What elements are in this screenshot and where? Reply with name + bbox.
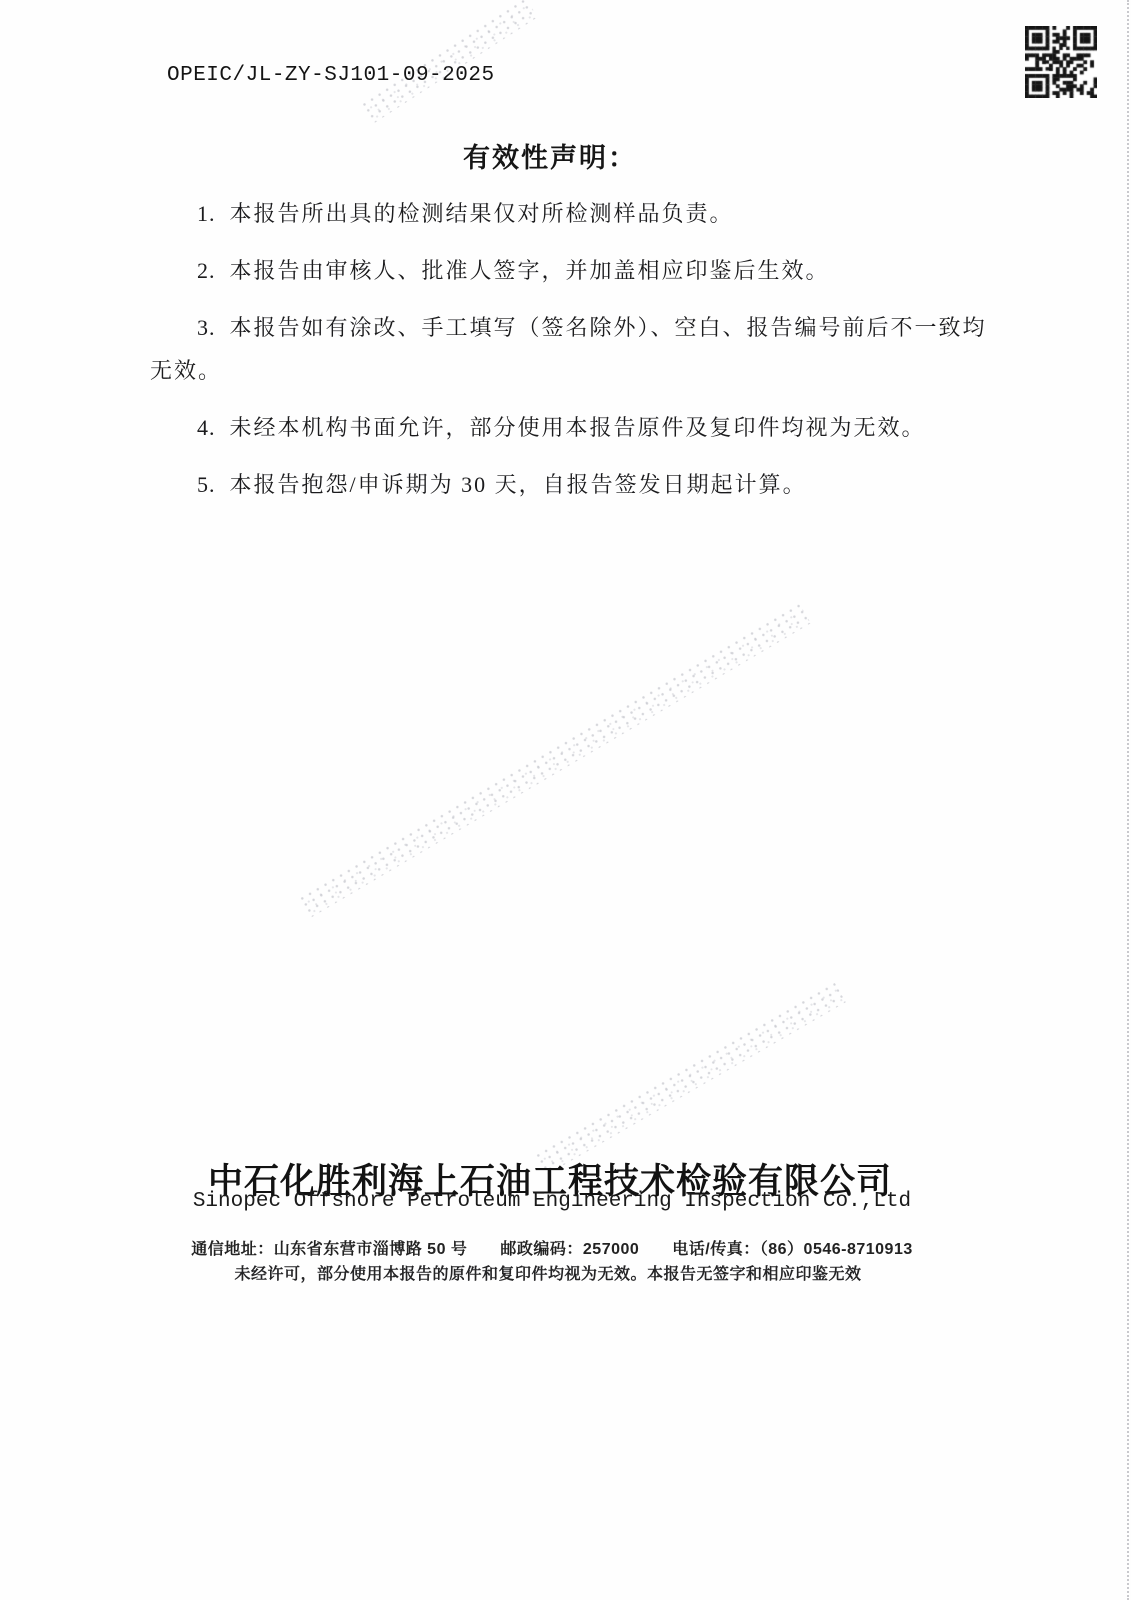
watermark-artifact [299,602,811,917]
watermark-artifact [361,0,538,123]
scan-edge-artifact [1127,0,1129,1600]
item-number: 3. [197,315,216,340]
company-name-en: Sinopec Offshore Petroleum Engineering I… [0,1190,1104,1213]
statement-item-3: 3.本报告如有涂改、手工填写（签名除外）、空白、报告编号前后不一致均 无效。 [150,313,993,386]
report-validity-page: OPEIC/JL-ZY-SJ101-09-2025 有效性声明： 1.本报告所出… [0,0,1131,1600]
item-text: 本报告如有涂改、手工填写（签名除外）、空白、报告编号前后不一致均 [230,315,987,340]
validity-notice-line: 未经许可，部分使用本报告的原件和复印件均视为无效。本报告无签字和相应印鉴无效 [0,1261,1096,1284]
item-text-wrap: 无效。 [150,356,993,386]
watermark-artifact [535,981,846,1174]
item-text: 本报告所出具的检测结果仅对所检测样品负责。 [230,201,734,226]
item-number: 4. [197,415,216,440]
item-number: 5. [197,472,216,497]
item-text: 本报告由审核人、批准人签字，并加盖相应印鉴后生效。 [230,258,830,283]
statement-item-2: 2.本报告由审核人、批准人签字，并加盖相应印鉴后生效。 [150,256,993,286]
statement-item-5: 5.本报告抱怨/申诉期为 30 天，自报告签发日期起计算。 [150,470,993,500]
item-text: 本报告抱怨/申诉期为 30 天，自报告签发日期起计算。 [230,472,807,497]
statement-item-1: 1.本报告所出具的检测结果仅对所检测样品负责。 [150,199,993,229]
document-code: OPEIC/JL-ZY-SJ101-09-2025 [167,64,495,87]
qr-code-icon [1025,26,1097,98]
statement-item-4: 4.未经本机构书面允许，部分使用本报告原件及复印件均视为无效。 [150,413,993,443]
company-contact-line: 通信地址：山东省东营市淄博路 50 号 邮政编码：257000 电话/传真：（8… [0,1236,1104,1259]
page-title: 有效性声明： [0,136,1100,175]
item-number: 2. [197,258,216,283]
statement-list: 1.本报告所出具的检测结果仅对所检测样品负责。 2.本报告由审核人、批准人签字，… [150,199,993,527]
item-number: 1. [197,201,216,226]
item-text: 未经本机构书面允许，部分使用本报告原件及复印件均视为无效。 [230,415,926,440]
